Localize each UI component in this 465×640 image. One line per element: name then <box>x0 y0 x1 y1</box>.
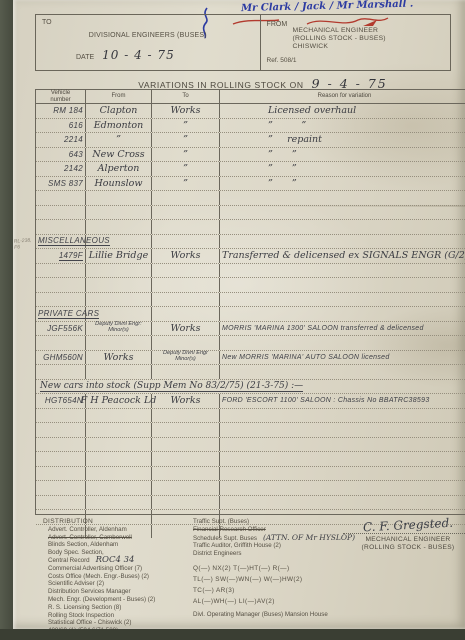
cell-from <box>86 409 152 423</box>
vehicle-number: SMS 837 <box>48 179 83 188</box>
memo-header-box: TO DIVISIONAL ENGINEERS (BUSES) DATE10 -… <box>35 14 451 71</box>
signatory-title-1: MECHANICAL ENGINEER <box>343 536 465 544</box>
handwritten-addition: (ATTN. OF Mr HYSLOP) <box>263 533 355 542</box>
reason-value: Licensed overhaul <box>268 105 356 116</box>
middle-item-text: Traffic Auditor, Griffith House (2) <box>193 542 281 549</box>
cell-to <box>152 467 220 481</box>
cell-to <box>152 438 220 452</box>
reason-value: ” ” <box>268 120 306 131</box>
distribution-item-text: Commercial Advertising Officer (7) <box>48 565 142 572</box>
cell-from <box>86 467 152 481</box>
cell-reason: ” ” <box>220 177 465 191</box>
cell-to <box>152 423 220 437</box>
cell-to <box>152 264 220 278</box>
to-value: ” <box>183 120 188 131</box>
table-row: HGT654NF H Peacock LdWorksFORD 'ESCORT 1… <box>36 394 465 409</box>
table-row: PRIVATE CARS <box>36 307 465 322</box>
reason-value: Transferred & delicensed ex SIGNALS ENGR… <box>222 250 465 261</box>
from-value: Edmonton <box>94 120 144 131</box>
distribution-item: Distribution Services Manager <box>43 588 193 596</box>
cell-to: ” <box>152 148 220 162</box>
from-value: Lillie Bridge <box>89 250 148 261</box>
table-row: 616Edmonton”” ” <box>36 119 465 134</box>
district-code-line: TC(—) AR(3) <box>193 585 368 596</box>
distribution-item-text: Mech. Engr. (Development - Buses) (2) <box>48 596 155 603</box>
cell-from <box>86 336 152 350</box>
vehicle-number: HGT654N <box>45 396 83 405</box>
district-code-line: TL(—) SW(—)WN(—) W(—)HW(2) <box>193 574 368 585</box>
cell-from <box>86 365 152 379</box>
cell-from: F H Peacock Ld <box>86 394 152 408</box>
cell-reason: Licensed overhaul <box>220 104 465 118</box>
cell-vehicle <box>36 423 86 437</box>
table-row <box>36 423 465 438</box>
cell-from <box>86 481 152 495</box>
to-value: ” <box>183 178 188 189</box>
to-value: ” <box>183 163 188 174</box>
cell-vehicle <box>36 438 86 452</box>
cell-to <box>152 191 220 205</box>
table-row: RM 184ClaptonWorksLicensed overhaul <box>36 104 465 119</box>
cell-from <box>86 438 152 452</box>
vehicle-number: 2142 <box>64 164 83 173</box>
table-row <box>36 409 465 424</box>
cell-vehicle: HGT654N <box>36 394 86 408</box>
cell-reason <box>220 293 465 307</box>
signatory-title-2: (ROLLING STOCK - BUSES) <box>343 544 465 552</box>
vehicle-number: 2214 <box>64 135 83 144</box>
table-row: 2214””” repaint <box>36 133 465 148</box>
from-value: ” <box>116 134 121 145</box>
distribution-item: Mech. Engr. (Development - Buses) (2) <box>43 596 193 604</box>
distribution-item-text: Advert. Controller, Aldenham <box>48 526 127 533</box>
cell-vehicle <box>36 365 86 379</box>
cell-from: Deputy Divnl Engr: Minor(s) <box>86 322 152 336</box>
cell-to <box>152 293 220 307</box>
scanned-document: { "scan": { "top_note": "Mr Clark / Jack… <box>0 0 465 640</box>
cell-to: ” <box>152 133 220 147</box>
distribution-item-text: Scientific Adviser (2) <box>48 580 104 587</box>
cell-from: Alperton <box>86 162 152 176</box>
cell-to: ” <box>152 177 220 191</box>
col-header-vehicle: Vehicle number <box>36 90 86 103</box>
cell-from: ” <box>86 133 152 147</box>
divl-operating-manager-line: Divl. Operating Manager (Buses) Mansion … <box>193 611 368 619</box>
to-value: DIVISIONAL ENGINEERS (BUSES) <box>36 32 260 39</box>
cell-vehicle <box>36 264 86 278</box>
cell-reason <box>220 235 465 249</box>
from-value: Deputy Divnl Engr: Minor(s) <box>88 322 149 334</box>
table-row <box>36 481 465 496</box>
district-codes: Q(—) NX(2) T(—)HT(—) R(—)TL(—) SW(—)WN(—… <box>193 563 368 607</box>
table-row <box>36 336 465 351</box>
cell-to <box>152 365 220 379</box>
scanner-edge-bottom <box>0 629 465 640</box>
cell-to <box>152 220 220 234</box>
cell-from <box>86 496 152 510</box>
col-header-from: From <box>86 90 152 103</box>
date-label: DATE <box>76 54 94 61</box>
distribution-item-text: Distribution Services Manager <box>48 588 131 595</box>
cell-to: Works <box>152 394 220 408</box>
col-header-to: To <box>152 90 220 103</box>
to-value: ” <box>183 134 188 145</box>
cell-reason <box>220 481 465 495</box>
cell-reason: ” ” <box>220 148 465 162</box>
from-value: New Cross <box>92 149 144 160</box>
cell-vehicle <box>36 452 86 466</box>
from-value: Hounslow <box>94 178 142 189</box>
cell-vehicle <box>36 278 86 292</box>
cell-reason: Transferred & delicensed ex SIGNALS ENGR… <box>220 249 465 263</box>
distribution-item: Advert. Controller, Camberwell <box>43 534 193 542</box>
reason-value: ” ” <box>268 149 297 160</box>
cell-vehicle: 1479F <box>36 249 86 263</box>
cell-vehicle: PRIVATE CARS <box>36 307 86 321</box>
table-header: Vehicle number From To Reason for variat… <box>36 90 465 104</box>
vehicle-number: 616 <box>69 121 83 130</box>
cell-reason <box>220 336 465 350</box>
from-value: Works <box>103 352 133 363</box>
handwritten-addition: ROC4 34 <box>96 555 135 565</box>
from-label: FROM <box>267 21 288 28</box>
cell-reason: New MORRIS 'MARINA' AUTO SALOON licensed <box>220 351 465 365</box>
distribution-item: Commercial Advertising Officer (7) <box>43 565 193 573</box>
distribution-list: DISTRIBUTION Advert. Controller, Aldenha… <box>43 518 193 635</box>
from-line-2: (ROLLING STOCK - BUSES) <box>293 35 386 43</box>
middle-item: Schedules Supt. Buses(ATTN. OF Mr HYSLOP… <box>193 534 368 543</box>
cell-to: Deputy Divnl Engr Minor(s) <box>152 351 220 365</box>
vehicle-number: RM 184 <box>53 106 83 115</box>
distribution-title: DISTRIBUTION <box>43 518 193 526</box>
middle-item: District Engineers <box>193 550 368 558</box>
margin-pencil-note: RL-238, F6 <box>14 237 35 250</box>
handwritten-routing-note: Mr Clark / Jack / Mr Marshall . <box>241 0 465 14</box>
cell-vehicle: SMS 837 <box>36 177 86 191</box>
ref-number: Ref. 508/1 <box>267 57 297 64</box>
table-row: GHM560NWorksDeputy Divnl Engr Minor(s)Ne… <box>36 351 465 366</box>
cell-reason: MORRIS 'MARINA 1300' SALOON transferred … <box>220 322 465 336</box>
table-row <box>36 293 465 308</box>
reason-value: ” repaint <box>268 134 322 145</box>
from-address: MECHANICAL ENGINEER (ROLLING STOCK - BUS… <box>293 27 386 51</box>
cell-from: Lillie Bridge <box>86 249 152 263</box>
table-row: MISCELLANEOUS <box>36 235 465 250</box>
table-row <box>36 264 465 279</box>
cell-to <box>152 336 220 350</box>
cell-reason <box>220 452 465 466</box>
vehicle-number: 643 <box>69 150 83 159</box>
reason-value: FORD 'ESCORT 1100' SALOON : Chassis No B… <box>222 397 430 404</box>
middle-item-text: Financial Research Officer <box>193 526 266 533</box>
reason-value: MORRIS 'MARINA 1300' SALOON transferred … <box>222 325 424 332</box>
table-body: RM 184ClaptonWorksLicensed overhaul616Ed… <box>36 104 465 538</box>
distribution-item-text: Rolling Stock Inspection <box>48 612 114 619</box>
table-row <box>36 467 465 482</box>
distribution-item-text: Statistical Office - Chiswick (2) <box>48 619 131 626</box>
cell-to: ” <box>152 162 220 176</box>
cell-reason <box>220 496 465 510</box>
distribution-item-text: Blinds Section, Aldenham <box>48 541 118 548</box>
cell-to <box>152 452 220 466</box>
cell-from: Clapton <box>86 104 152 118</box>
cell-vehicle <box>36 336 86 350</box>
table-row <box>36 452 465 467</box>
table-row <box>36 496 465 511</box>
from-line-3: CHISWICK <box>293 43 386 51</box>
to-value: Works <box>170 105 200 116</box>
distribution-item: Advert. Controller, Aldenham <box>43 526 193 534</box>
cell-vehicle <box>36 467 86 481</box>
cell-to: Works <box>152 249 220 263</box>
distribution-item-text: Advert. Controller, Camberwell <box>48 534 132 541</box>
to-value: ” <box>183 149 188 160</box>
cell-vehicle <box>36 206 86 220</box>
cell-from: New Cross <box>86 148 152 162</box>
distribution-item: Central RecordROC4 34 <box>43 557 193 565</box>
cell-reason <box>220 220 465 234</box>
cell-from <box>86 423 152 437</box>
cell-to <box>152 496 220 510</box>
cell-reason <box>220 423 465 437</box>
cell-reason <box>220 409 465 423</box>
cell-from <box>86 191 152 205</box>
reason-value: ” ” <box>268 163 297 174</box>
cell-from <box>86 206 152 220</box>
paper-sheet: Mr Clark / Jack / Mr Marshall . TO DIVIS… <box>13 0 465 629</box>
cell-vehicle: 2214 <box>36 133 86 147</box>
distribution-item: Scientific Adviser (2) <box>43 580 193 588</box>
cell-vehicle <box>36 409 86 423</box>
table-row: SMS 837Hounslow”” ” <box>36 177 465 192</box>
reason-value: New MORRIS 'MARINA' AUTO SALOON licensed <box>222 354 390 361</box>
vehicle-number: GHM560N <box>43 353 83 362</box>
from-value: F H Peacock Ld <box>81 395 157 406</box>
cell-reason: ” ” <box>220 119 465 133</box>
cell-to: ” <box>152 119 220 133</box>
cell-vehicle <box>36 481 86 495</box>
table-row: 1479FLillie BridgeWorksTransferred & del… <box>36 249 465 264</box>
col-header-reason: Reason for variation <box>220 90 465 103</box>
cell-from <box>86 293 152 307</box>
cell-to <box>152 481 220 495</box>
cell-vehicle: 2142 <box>36 162 86 176</box>
table-row: 643New Cross”” ” <box>36 148 465 163</box>
cell-to <box>152 206 220 220</box>
cell-reason <box>220 467 465 481</box>
vehicle-number: 1479F <box>59 251 83 261</box>
from-value: Alperton <box>98 163 140 174</box>
table-row <box>36 438 465 453</box>
cell-vehicle: 643 <box>36 148 86 162</box>
cell-vehicle: RM 184 <box>36 104 86 118</box>
cell-reason <box>220 191 465 205</box>
cell-to <box>152 307 220 321</box>
cell-to: Works <box>152 104 220 118</box>
cell-to <box>152 278 220 292</box>
middle-distribution-list: Traffic Supt. (Buses)Financial Research … <box>193 518 368 619</box>
distribution-item: Rolling Stock Inspection <box>43 612 193 620</box>
to-value: Works <box>170 323 200 334</box>
cell-to <box>152 409 220 423</box>
section-heading: PRIVATE CARS <box>38 309 99 319</box>
cell-reason <box>220 278 465 292</box>
table-row: JGF556KDeputy Divnl Engr: Minor(s)WorksM… <box>36 322 465 337</box>
table-row <box>36 278 465 293</box>
table-row <box>36 365 465 380</box>
middle-item: Traffic Auditor, Griffith House (2) <box>193 542 368 550</box>
table-row: 2142Alperton”” ” <box>36 162 465 177</box>
to-value: Works <box>170 250 200 261</box>
district-code-line: Q(—) NX(2) T(—)HT(—) R(—) <box>193 563 368 574</box>
table-row <box>36 206 465 221</box>
date-handwritten: 10 - 4 - 75 <box>102 48 175 62</box>
cell-vehicle: 616 <box>36 119 86 133</box>
cell-from <box>86 278 152 292</box>
cell-from: Hounslow <box>86 177 152 191</box>
middle-item-text: Traffic Supt. (Buses) <box>193 518 249 525</box>
cell-reason <box>220 307 465 321</box>
section-heading: MISCELLANEOUS <box>38 236 110 246</box>
cell-vehicle <box>36 220 86 234</box>
distribution-item: Costs Office (Mech. Engr.-Buses) (2) <box>43 573 193 581</box>
cell-reason <box>220 264 465 278</box>
distribution-item: R. S. Licensing Section (8) <box>43 604 193 612</box>
vehicle-number: JGF556K <box>47 324 83 333</box>
date-line: DATE10 - 4 - 75 <box>76 48 175 62</box>
cell-reason <box>220 365 465 379</box>
table-row <box>36 220 465 235</box>
cell-to: Works <box>152 322 220 336</box>
distribution-item: Blinds Section, Aldenham <box>43 541 193 549</box>
cell-to <box>152 235 220 249</box>
cell-vehicle: JGF556K <box>36 322 86 336</box>
cell-reason: FORD 'ESCORT 1100' SALOON : Chassis No B… <box>220 394 465 408</box>
distribution-item: Statistical Office - Chiswick (2) <box>43 619 193 627</box>
reason-value: ” ” <box>268 178 297 189</box>
to-value: Works <box>170 395 200 406</box>
cell-reason <box>220 438 465 452</box>
cell-vehicle <box>36 191 86 205</box>
to-value: Deputy Divnl Engr Minor(s) <box>154 351 217 363</box>
table-row-note: New cars into stock (Supp Mem No 83/2/75… <box>36 380 465 395</box>
middle-item-text: Schedules Supt. Buses <box>193 535 257 542</box>
cell-reason: ” repaint <box>220 133 465 147</box>
distribution-item-text: R. S. Licensing Section (8) <box>48 604 121 611</box>
cell-vehicle <box>36 293 86 307</box>
cell-reason <box>220 206 465 220</box>
cell-from <box>86 264 152 278</box>
cell-from: Works <box>86 351 152 365</box>
to-label: TO <box>42 19 52 26</box>
from-line-1: MECHANICAL ENGINEER <box>293 27 386 35</box>
cell-vehicle: MISCELLANEOUS <box>36 235 86 249</box>
cell-vehicle: GHM560N <box>36 351 86 365</box>
cell-from: Edmonton <box>86 119 152 133</box>
distribution-item-text: Central Record <box>48 557 90 564</box>
middle-item-text: District Engineers <box>193 550 242 557</box>
cell-reason: ” ” <box>220 162 465 176</box>
note-text: New cars into stock (Supp Mem No 83/2/75… <box>40 381 303 392</box>
cell-from <box>86 220 152 234</box>
district-code-line: AL(—)WH(—) LI(—)AV(2) <box>193 596 368 607</box>
from-cell: FROM MECHANICAL ENGINEER (ROLLING STOCK … <box>261 15 450 70</box>
to-cell: TO DIVISIONAL ENGINEERS (BUSES) DATE10 -… <box>36 15 261 70</box>
scanner-edge-left <box>0 0 13 640</box>
table-row <box>36 191 465 206</box>
variations-table: Vehicle number From To Reason for variat… <box>35 89 465 515</box>
cell-from <box>86 452 152 466</box>
signature-block: C. F. Gregsted. MECHANICAL ENGINEER (ROL… <box>343 518 465 552</box>
cell-vehicle <box>36 496 86 510</box>
from-value: Clapton <box>100 105 138 116</box>
distribution-item-text: Costs Office (Mech. Engr.-Buses) (2) <box>48 573 149 580</box>
